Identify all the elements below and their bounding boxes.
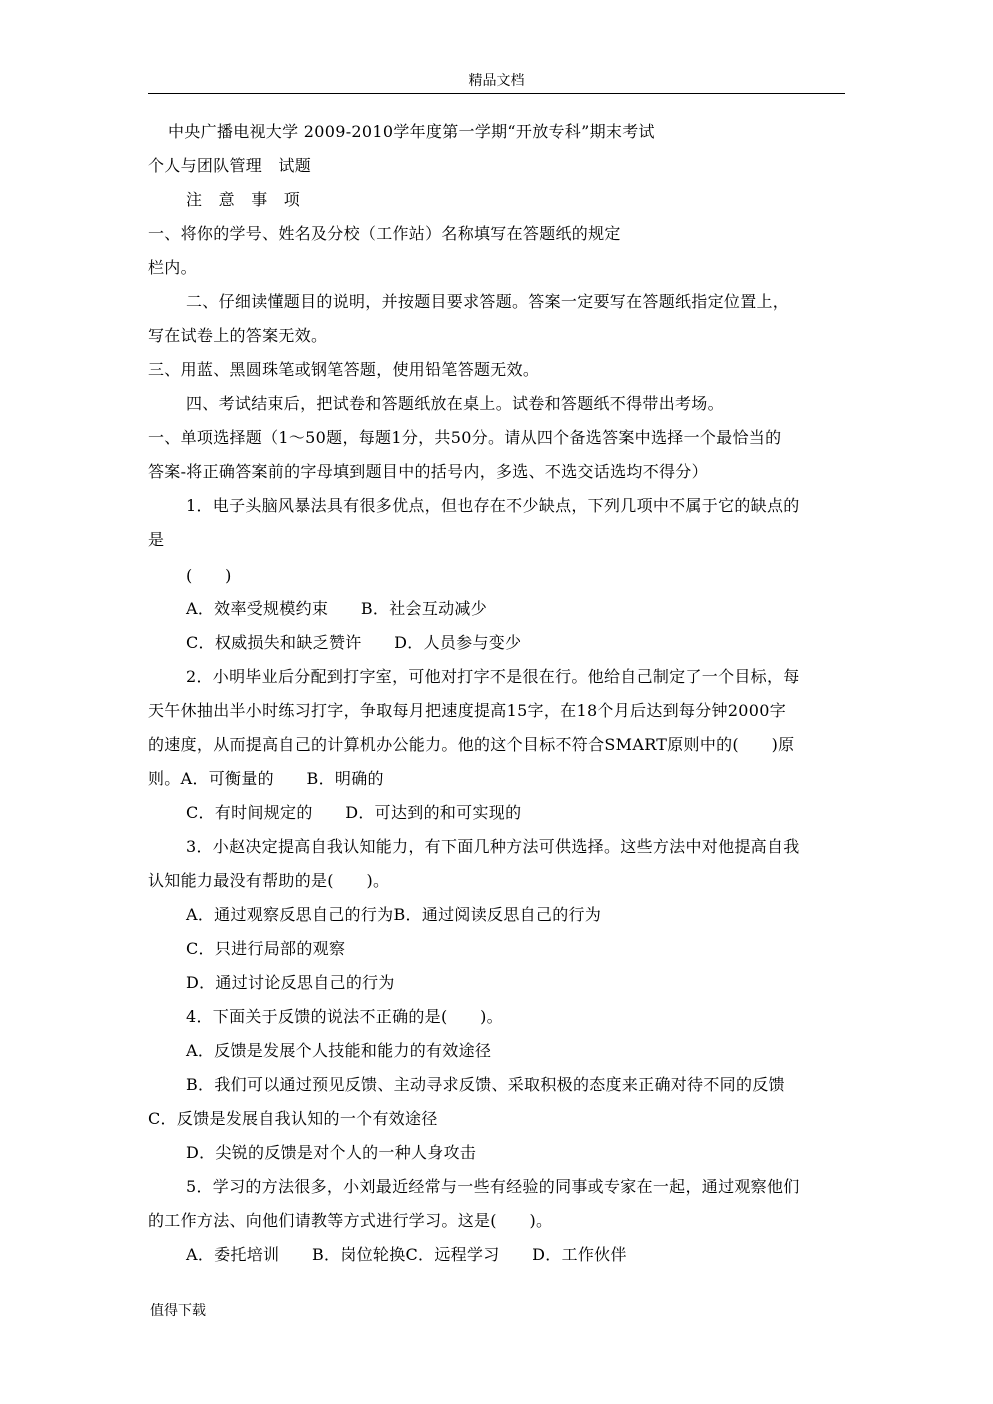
options: C．反馈是发展自我认知的一个有效途径	[148, 1109, 438, 1129]
section-1-line-2: 答案-将正确答案前的字母填到题目中的括号内，多选、不选交话选均不得分）	[148, 462, 708, 482]
question-text: 则。A．可衡量的 B．明确的	[148, 769, 384, 789]
options: B．我们可以通过预见反馈、主动寻求反馈、采取积极的态度来正确对待不同的反馈	[186, 1075, 785, 1095]
options: C．权威损失和缺乏赞许 D．人员参与变少	[186, 633, 521, 653]
notice-1-line-1: 一、将你的学号、姓名及分校（工作站）名称填写在答题纸的规定	[148, 224, 621, 244]
header-divider	[148, 93, 845, 94]
notice-4: 四、考试结束后，把试卷和答题纸放在桌上。试卷和答题纸不得带出考场。	[186, 394, 724, 414]
options: C．只进行局部的观察	[186, 939, 345, 959]
notice-2-line-2: 写在试卷上的答案无效。	[148, 326, 327, 346]
options: C．有时间规定的 D．可达到的和可实现的	[186, 803, 521, 823]
question-text: 4．下面关于反馈的说法不正确的是( )。	[186, 1007, 503, 1027]
section-1-line-1: 一、单项选择题（1～50题，每题1分，共50分。请从四个备选答案中选择一个最恰当…	[148, 428, 781, 448]
page-footer: 值得下载	[150, 1300, 206, 1320]
question-text: 3．小赵决定提高自我认知能力，有下面几种方法可供选择。这些方法中对他提高自我	[186, 837, 800, 857]
header-text: 精品文档	[148, 70, 845, 90]
notice-3: 三、用蓝、黑圆珠笔或钢笔答题，使用铅笔答题无效。	[148, 360, 539, 380]
question-text: 5．学习的方法很多，小刘最近经常与一些有经验的同事或专家在一起，通过观察他们	[186, 1177, 800, 1197]
options: A．效率受规模约束 B．社会互动减少	[186, 599, 487, 619]
notice-heading: 注 意 事 项	[186, 190, 300, 210]
answer-blank: ( )	[186, 566, 232, 586]
question-text: 2．小明毕业后分配到打字室，可他对打字不是很在行。他给自己制定了一个目标，每	[186, 667, 800, 687]
exam-title: 中央广播电视大学 2009-2010学年度第一学期“开放专科”期末考试	[168, 122, 655, 142]
options: D．尖锐的反馈是对个人的一种人身攻击	[186, 1143, 476, 1163]
options: A．反馈是发展个人技能和能力的有效途径	[186, 1041, 491, 1061]
notice-2-line-1: 二、仔细读懂题目的说明，并按题目要求答题。答案一定要写在答题纸指定位置上，	[186, 292, 789, 312]
question-text: 是	[148, 530, 164, 550]
notice-1-line-2: 栏内。	[148, 258, 197, 278]
question-text: 1．电子头脑风暴法具有很多优点，但也存在不少缺点，下列几项中不属于它的缺点的	[186, 496, 800, 516]
question-text: 认知能力最没有帮助的是( )。	[148, 871, 389, 891]
options: A．委托培训 B．岗位轮换C．远程学习 D．工作伙伴	[186, 1245, 627, 1265]
exam-subtitle: 个人与团队管理 试题	[148, 156, 311, 176]
question-text: 的速度，从而提高自己的计算机办公能力。他的这个目标不符合SMART原则中的( )…	[148, 735, 794, 755]
question-text: 天午休抽出半小时练习打字，争取每月把速度提高15字，在18个月后达到每分钟200…	[148, 701, 786, 721]
options: A．通过观察反思自己的行为B．通过阅读反思自己的行为	[186, 905, 601, 925]
question-text: 的工作方法、向他们请教等方式进行学习。这是( )。	[148, 1211, 552, 1231]
options: D．通过讨论反思自己的行为	[186, 973, 395, 993]
